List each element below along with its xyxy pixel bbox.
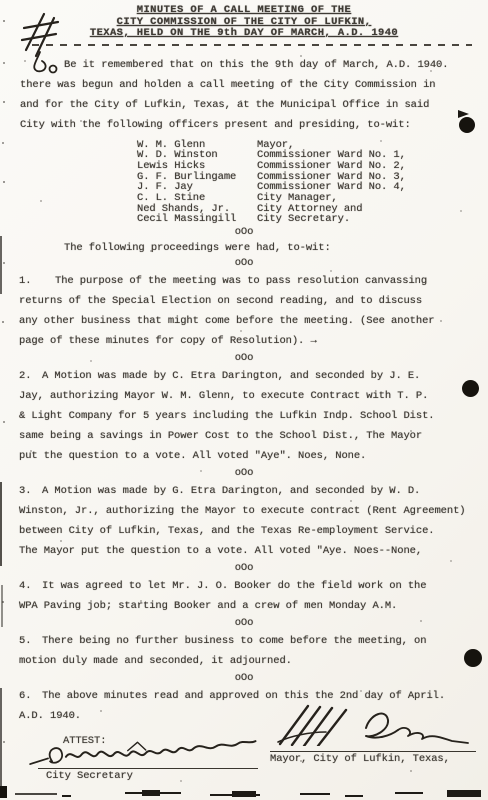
item-line: WPA Paving job; starting Booker and a cr… (19, 596, 480, 616)
officer-title: City Secretary. (257, 214, 350, 225)
item-number: 5. (19, 631, 42, 651)
item-line: any other business that might come befor… (19, 311, 480, 331)
item-line: 4.It was agreed to let Mr. J. O. Booker … (19, 576, 480, 596)
section-divider: oOo (0, 353, 488, 364)
item-line: put the question to a vote. All voted "A… (19, 446, 480, 466)
item-text: A Motion was made by G. Etra Darington, … (42, 485, 420, 497)
officers-list: W. M. Glenn Mayor, W. D. Winston Commiss… (137, 140, 488, 226)
item-text: It was agreed to let Mr. J. O. Booker do… (42, 580, 426, 592)
section-divider: oOo (0, 673, 488, 684)
section-divider: oOo (0, 258, 488, 269)
item-line: 3.A Motion was made by G. Etra Darington… (19, 481, 480, 501)
edge-line-artifact (0, 236, 2, 294)
secretary-title-line: City Secretary (38, 768, 258, 782)
intro-line: and for the City of Lufkin, Texas, at th… (20, 95, 472, 115)
minute-item-5: 5.There being no further business to com… (19, 631, 480, 671)
minute-item-4: 4.It was agreed to let Mr. J. O. Booker … (19, 576, 480, 616)
item-number: 2. (19, 366, 42, 386)
item-line: 1.The purpose of the meeting was to pass… (19, 271, 480, 291)
item-line: 5.There being no further business to com… (19, 631, 480, 651)
ink-blob-artifact (464, 649, 482, 667)
item-line: Winston, Jr., authorizing the Mayor to e… (19, 501, 480, 521)
bottom-smudge (345, 795, 363, 797)
bottom-smudge (62, 795, 71, 797)
item-number: 1. (19, 271, 55, 291)
edge-line-artifact (0, 482, 2, 566)
dashed-rule (32, 44, 472, 46)
edge-line-artifact (0, 688, 2, 788)
section-divider: oOo (0, 563, 488, 574)
document-title-line-1: MINUTES OF A CALL MEETING OF THE (0, 5, 488, 17)
handwritten-page-mark (10, 6, 72, 83)
officer-title: Commissioner Ward No. 2, (257, 161, 406, 172)
officer-row: Lewis Hicks Commissioner Ward No. 2, (137, 161, 488, 172)
scan-noise (0, 0, 2, 2)
item-line: 2.A Motion was made by C. Etra Darington… (19, 366, 480, 386)
ink-blob-artifact (462, 380, 479, 397)
section-divider: oOo (0, 468, 488, 479)
officer-row: Cecil Massingill City Secretary. (137, 214, 488, 225)
item-text: The above minutes read and approved on t… (42, 690, 445, 702)
bottom-smudge (395, 792, 423, 794)
item-line: The Mayor put the question to a vote. Al… (19, 541, 480, 561)
item-text: A Motion was made by C. Etra Darington, … (42, 370, 420, 382)
intro-line: City with the following officers present… (20, 115, 472, 135)
item-line: & Light Company for 5 years including th… (19, 406, 480, 426)
edge-line-artifact (1, 585, 3, 627)
edge-arrow-artifact (458, 110, 469, 118)
document-title-line-3: TEXAS, HELD ON THE 9th DAY OF MARCH, A.D… (0, 28, 488, 40)
item-line: motion duly made and seconded, it adjour… (19, 651, 480, 671)
intro-line: there was begun and holden a call meetin… (20, 75, 472, 95)
ink-blob-artifact (459, 117, 475, 133)
bottom-smudge (142, 790, 160, 796)
section-divider: oOo (0, 227, 488, 238)
minute-item-1: 1.The purpose of the meeting was to pass… (19, 271, 480, 351)
item-number: 4. (19, 576, 42, 596)
officer-name: Cecil Massingill (137, 214, 257, 225)
item-text: There being no further business to come … (42, 635, 426, 647)
officer-name: Lewis Hicks (137, 161, 257, 172)
item-line: Jay, authorizing Mayor W. M. Glenn, to e… (19, 386, 480, 406)
scanned-minutes-page: MINUTES OF A CALL MEETING OF THE CITY CO… (0, 0, 488, 800)
item-number: 3. (19, 481, 42, 501)
minute-item-2: 2.A Motion was made by C. Etra Darington… (19, 366, 480, 466)
item-line: between City of Lufkin, Texas, and the T… (19, 521, 480, 541)
item-line: same being a savings in Power Cost to th… (19, 426, 480, 446)
bottom-smudge (232, 791, 256, 797)
item-text: The purpose of the meeting was to pass r… (55, 275, 427, 287)
bottom-smudge (15, 793, 57, 795)
attest-block: ATTEST: City Secretary (0, 722, 488, 800)
item-line: returns of the Special Election on secon… (19, 291, 480, 311)
bottom-smudge (300, 793, 330, 795)
intro-line: Be it remembered that on this the 9th da… (20, 55, 472, 75)
item-line: page of these minutes for copy of Resolu… (19, 331, 480, 351)
bottom-smudge (447, 790, 481, 797)
corner-mark-artifact (0, 786, 7, 798)
item-number: 6. (19, 686, 42, 706)
minute-item-3: 3.A Motion was made by G. Etra Darington… (19, 481, 480, 561)
proceedings-line: The following proceedings were had, to-w… (64, 240, 488, 256)
intro-paragraph: Be it remembered that on this the 9th da… (20, 55, 472, 135)
section-divider: oOo (0, 618, 488, 629)
